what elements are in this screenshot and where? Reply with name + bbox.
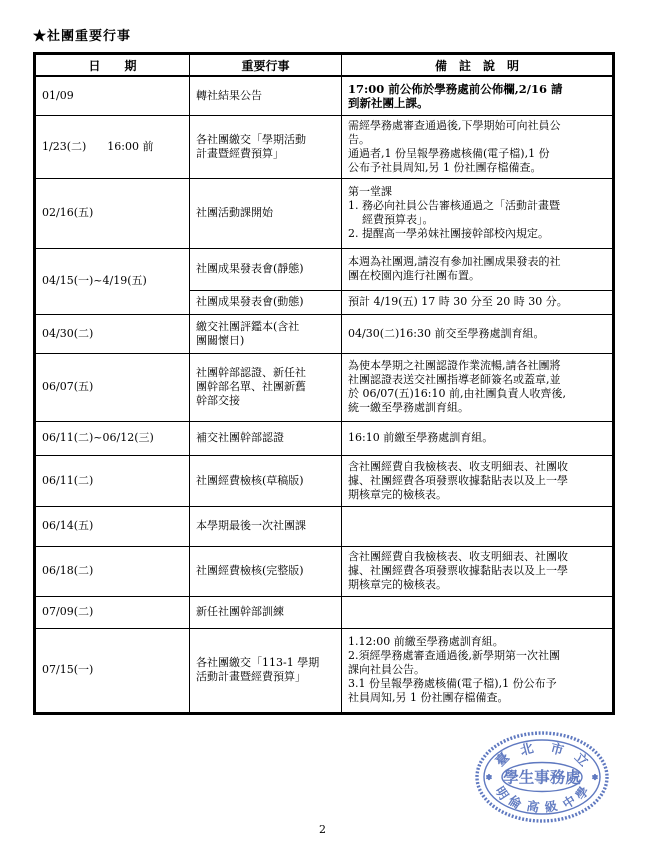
table-row: 06/07(五) 社團幹部認證、新任社 團幹部名單、社團新舊 幹部交接 為使本學… xyxy=(35,353,614,421)
table-row: 06/11(二) 社團經費檢核(草稿版) 含社團經費自我檢核表、收支明細表、社團… xyxy=(35,455,614,506)
stamp-bottom-char: 高 xyxy=(525,798,541,815)
page-title: ★社團重要行事 xyxy=(33,25,131,44)
note-cell: 含社團經費自我檢核表、收支明細表、社團收 據、社團經費各項發票收據黏貼表以及上一… xyxy=(342,546,614,596)
event-cell: 本學期最後一次社團課 xyxy=(190,506,342,546)
school-office-stamp: 學生事務處 臺 北 市 立 明 倫 高 級 中 學 ✽ ✽ xyxy=(472,727,612,827)
date-cell: 07/09(二) xyxy=(35,596,190,628)
note-cell: 1.12:00 前繳至學務處訓育組。 2.須經學務處審查通過後,新學期第一次社團… xyxy=(342,628,614,713)
note-cell: 含社團經費自我檢核表、收支明細表、社團收 據、社團經費各項發票收據黏貼表以及上一… xyxy=(342,455,614,506)
date-cell: 04/30(二) xyxy=(35,314,190,353)
table-row: 06/11(二)~06/12(三) 補交社團幹部認證 16:10 前繳至學務處訓… xyxy=(35,421,614,455)
date-cell: 06/18(二) xyxy=(35,546,190,596)
date-cell: 06/14(五) xyxy=(35,506,190,546)
date-cell: 06/11(二)~06/12(三) xyxy=(35,421,190,455)
date-cell: 06/07(五) xyxy=(35,353,190,421)
table-row: 06/18(二) 社團經費檢核(完整版) 含社團經費自我檢核表、收支明細表、社團… xyxy=(35,546,614,596)
date-cell: 07/15(一) xyxy=(35,628,190,713)
event-cell: 社團成果發表會(靜態) xyxy=(190,248,342,290)
date-cell: 06/11(二) xyxy=(35,455,190,506)
table-row: 02/16(五) 社團活動課開始 第一堂課 1. 務必向社員公告審核通過之「活動… xyxy=(35,178,614,248)
note-cell: 17:00 前公佈於學務處前公佈欄,2/16 請 到新社團上課。 xyxy=(342,76,614,115)
stamp-center-text: 學生事務處 xyxy=(502,768,581,787)
date-cell: 02/16(五) xyxy=(35,178,190,248)
event-cell: 各社團繳交「113-1 學期 活動計畫暨經費預算」 xyxy=(190,628,342,713)
note-cell xyxy=(342,596,614,628)
table-row: 04/15(一)~4/19(五) 社團成果發表會(靜態) 本週為社團週,請沒有參… xyxy=(35,248,614,290)
note-cell: 04/30(二)16:30 前交至學務處訓育組。 xyxy=(342,314,614,353)
note-cell xyxy=(342,506,614,546)
event-cell: 新任社團幹部訓練 xyxy=(190,596,342,628)
note-cell: 預計 4/19(五) 17 時 30 分至 20 時 30 分。 xyxy=(342,290,614,314)
date-cell: 1/23(二) 16:00 前 xyxy=(35,115,190,178)
table-header-row: 日 期 重要行事 備 註 說 明 xyxy=(35,54,614,77)
event-cell: 社團經費檢核(完整版) xyxy=(190,546,342,596)
event-cell: 轉社結果公告 xyxy=(190,76,342,115)
header-event: 重要行事 xyxy=(190,54,342,77)
table-row: 07/15(一) 各社團繳交「113-1 學期 活動計畫暨經費預算」 1.12:… xyxy=(35,628,614,713)
date-cell: 01/09 xyxy=(35,76,190,115)
note-cell: 16:10 前繳至學務處訓育組。 xyxy=(342,421,614,455)
note-cell: 需經學務處審查通過後,下學期始可向社員公 告。 通過者,1 份呈報學務處核備(電… xyxy=(342,115,614,178)
table-row: 07/09(二) 新任社團幹部訓練 xyxy=(35,596,614,628)
note-cell: 本週為社團週,請沒有參加社團成果發表的社 團在校園內進行社團布置。 xyxy=(342,248,614,290)
flower-icon: ✽ xyxy=(592,772,599,782)
event-cell: 社團幹部認證、新任社 團幹部名單、社團新舊 幹部交接 xyxy=(190,353,342,421)
note-cell: 第一堂課 1. 務必向社員公告審核通過之「活動計畫暨 經費預算表」。 2. 提醒… xyxy=(342,178,614,248)
event-cell: 繳交社團評鑑本(含社 團關懷日) xyxy=(190,314,342,353)
club-events-table: 日 期 重要行事 備 註 說 明 01/09 轉社結果公告 17:00 前公佈於… xyxy=(33,52,615,715)
event-cell: 社團經費檢核(草稿版) xyxy=(190,455,342,506)
event-cell: 社團活動課開始 xyxy=(190,178,342,248)
stamp-top-char: 市 xyxy=(549,740,566,759)
document-page: ★社團重要行事 日 期 重要行事 備 註 說 明 01/09 轉社結果公告 17… xyxy=(0,0,645,858)
flower-icon: ✽ xyxy=(486,772,493,782)
table-row: 06/14(五) 本學期最後一次社團課 xyxy=(35,506,614,546)
page-number: 2 xyxy=(0,823,645,836)
note-cell: 為使本學期之社團認證作業流暢,請各社團將 社團認證表送交社團指導老師簽名或蓋章,… xyxy=(342,353,614,421)
stamp-top-char: 北 xyxy=(519,741,535,759)
event-cell: 各社團繳交「學期活動 計畫暨經費預算」 xyxy=(190,115,342,178)
table-row: 04/30(二) 繳交社團評鑑本(含社 團關懷日) 04/30(二)16:30 … xyxy=(35,314,614,353)
event-cell: 社團成果發表會(動態) xyxy=(190,290,342,314)
table-row: 1/23(二) 16:00 前 各社團繳交「學期活動 計畫暨經費預算」 需經學務… xyxy=(35,115,614,178)
header-remarks: 備 註 說 明 xyxy=(342,54,614,77)
table-row: 01/09 轉社結果公告 17:00 前公佈於學務處前公佈欄,2/16 請 到新… xyxy=(35,76,614,115)
date-cell: 04/15(一)~4/19(五) xyxy=(35,248,190,314)
stamp-bottom-char: 級 xyxy=(543,798,559,815)
header-date: 日 期 xyxy=(35,54,190,77)
event-cell: 補交社團幹部認證 xyxy=(190,421,342,455)
